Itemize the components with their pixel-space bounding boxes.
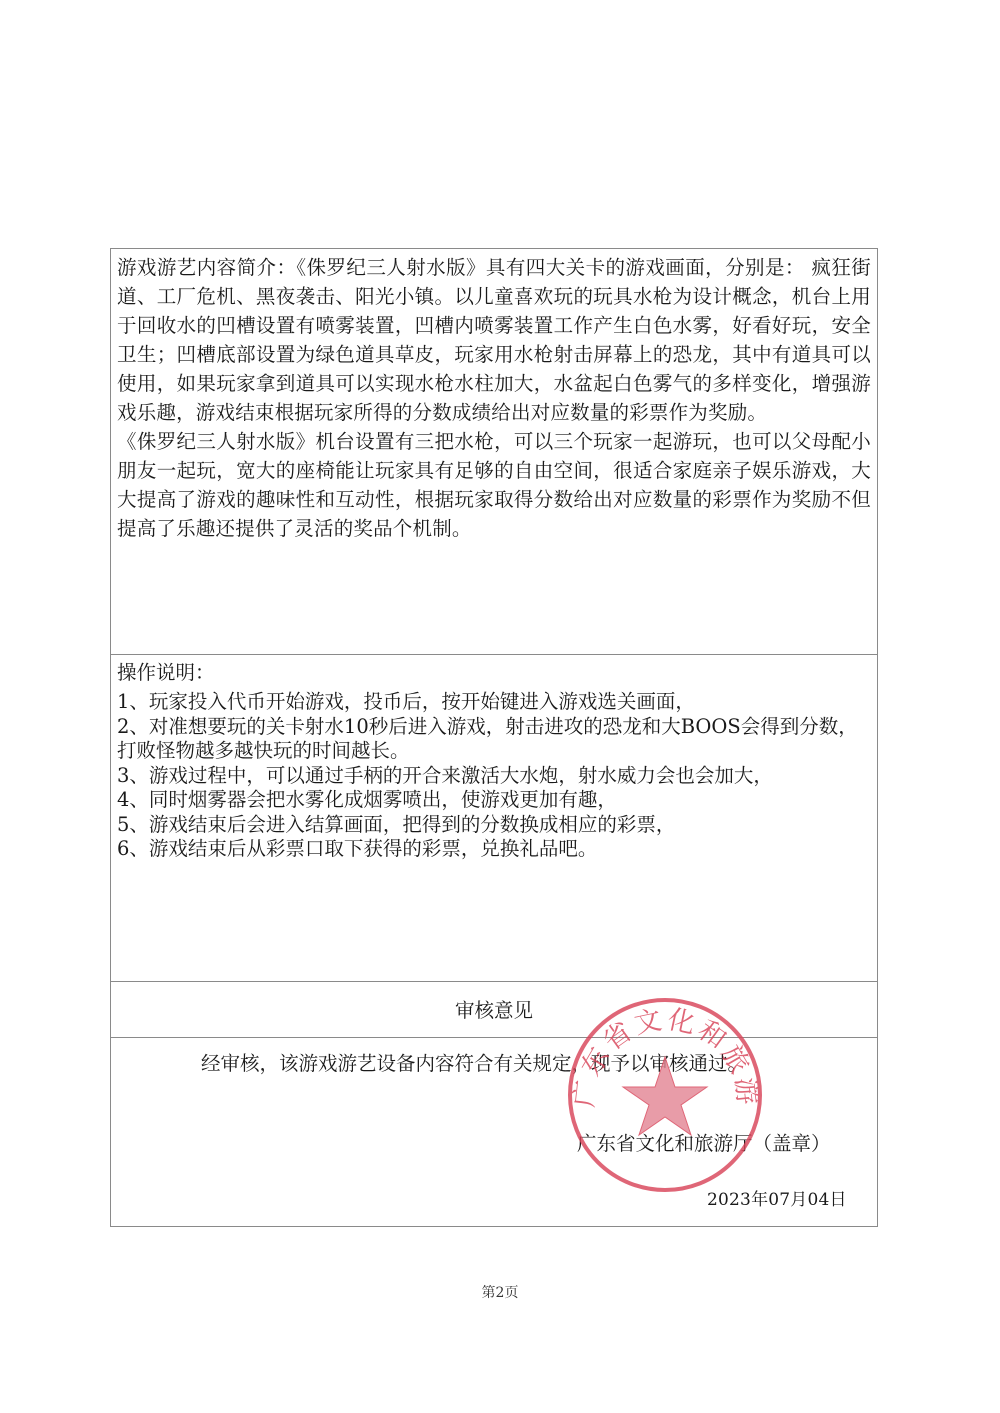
game-intro-paragraph-1: 游戏游艺内容简介：《侏罗纪三人射水版》具有四大关卡的游戏画面，分别是： 疯狂街道… (117, 253, 871, 427)
operation-step-6: 6、游戏结束后从彩票口取下获得的彩票，兑换礼品吧。 (117, 837, 871, 862)
review-opinion-body: 经审核，该游戏游艺设备内容符合有关规定，现予以审核通过。 广东省文化和旅游厅（盖… (111, 1037, 877, 1226)
operation-step-3: 3、游戏过程中，可以通过手柄的开合来激活大水炮，射水威力会也会加大， (117, 764, 871, 789)
operation-step-1: 1、玩家投入代币开始游戏，投币后，按开始键进入游戏选关画面， (117, 690, 871, 715)
review-signer: 广东省文化和旅游厅（盖章） (577, 1128, 831, 1156)
review-form-table: 游戏游艺内容简介：《侏罗纪三人射水版》具有四大关卡的游戏画面，分别是： 疯狂街道… (110, 248, 878, 1227)
review-date: 2023年07月04日 (707, 1185, 847, 1210)
operation-step-5: 5、游戏结束后会进入结算画面，把得到的分数换成相应的彩票， (117, 813, 871, 838)
review-statement: 经审核，该游戏游艺设备内容符合有关规定，现予以审核通过。 (201, 1048, 747, 1076)
game-intro-paragraph-2: 《侏罗纪三人射水版》机台设置有三把水枪，可以三个玩家一起游玩，也可以父母配小朋友… (117, 427, 871, 543)
operation-heading: 操作说明： (117, 659, 871, 686)
operation-step-4: 4、同时烟雾器会把水雾化成烟雾喷出，使游戏更加有趣， (117, 788, 871, 813)
game-intro-section: 游戏游艺内容简介：《侏罗纪三人射水版》具有四大关卡的游戏画面，分别是： 疯狂街道… (111, 249, 877, 654)
operation-step-2: 2、对准想要玩的关卡射水10秒后进入游戏，射击进攻的恐龙和大BOOS会得到分数，… (117, 715, 871, 764)
operation-instructions-section: 操作说明： 1、玩家投入代币开始游戏，投币后，按开始键进入游戏选关画面， 2、对… (111, 654, 877, 981)
review-opinion-title: 审核意见 (111, 995, 877, 1023)
review-opinion-header: 审核意见 (111, 981, 877, 1037)
page-number: 第2页 (0, 1282, 1000, 1302)
